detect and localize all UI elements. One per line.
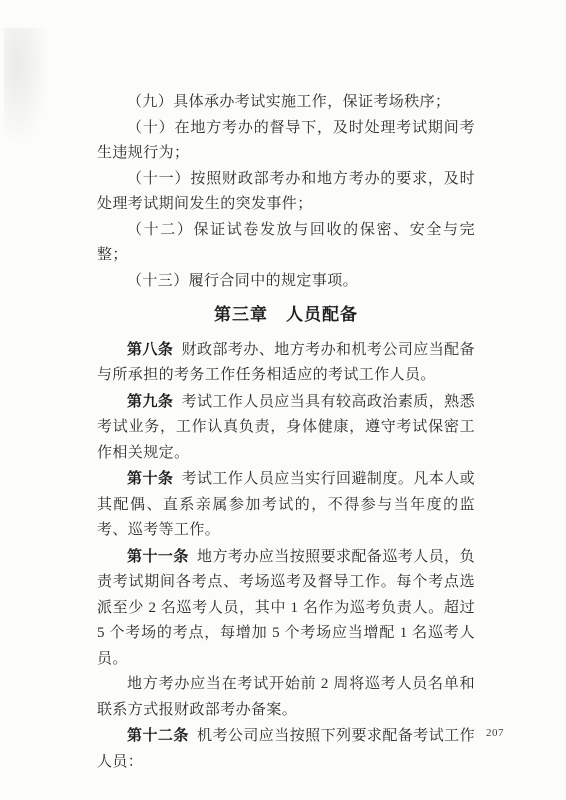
article-12: 第十二条机考公司应当按照下列要求配备考试工作人员：: [97, 723, 475, 775]
scanned-document-page: （九）具体承办考试实施工作，保证考场秩序； （十）在地方考办的督导下，及时处理考…: [0, 0, 566, 800]
article-10: 第十条考试工作人员应当实行回避制度。凡本人或其配偶、直系亲属参加考试的，不得参与…: [97, 466, 475, 544]
article-11-supplementary-paragraph: 地方考办应当在考试开始前 2 周将巡考人员名单和联系方式报财政部考办备案。: [97, 672, 475, 723]
article-9: 第九条考试工作人员应当具有较高政治素质，熟悉考试业务，工作认真负责，身体健康，遵…: [97, 389, 475, 467]
clause-item-10: （十）在地方考办的督导下，及时处理考试期间考生违规行为；: [97, 116, 475, 167]
page-number: 207: [486, 727, 504, 739]
clause-item-9: （九）具体承办考试实施工作，保证考场秩序；: [97, 90, 475, 116]
document-content: （九）具体承办考试实施工作，保证考场秩序； （十）在地方考办的督导下，及时处理考…: [97, 90, 475, 775]
clause-item-12: （十二）保证试卷发放与回收的保密、安全与完整；: [97, 218, 475, 269]
chapter-heading: 第三章 人员配备: [97, 302, 475, 328]
article-11: 第十一条地方考办应当按照要求配备巡考人员，负责考试期间各考点、考场巡考及督导工作…: [97, 544, 475, 673]
article-12-label: 第十二条: [127, 727, 189, 744]
clause-item-13: （十三）履行合同中的规定事项。: [97, 269, 475, 295]
article-8: 第八条财政部考办、地方考办和机考公司应当配备与所承担的考务工作任务相适应的考试工…: [97, 337, 475, 389]
clause-item-11: （十一）按照财政部考办和地方考办的要求，及时处理考试期间发生的突发事件；: [97, 167, 475, 218]
article-11-label: 第十一条: [127, 548, 189, 565]
article-11-text: 地方考办应当按照要求配备巡考人员，负责考试期间各考点、考场巡考及督导工作。每个考…: [97, 549, 475, 667]
article-10-label: 第十条: [127, 470, 173, 487]
article-9-label: 第九条: [127, 393, 173, 410]
article-8-label: 第八条: [127, 341, 173, 358]
scan-artifact: [4, 28, 50, 148]
